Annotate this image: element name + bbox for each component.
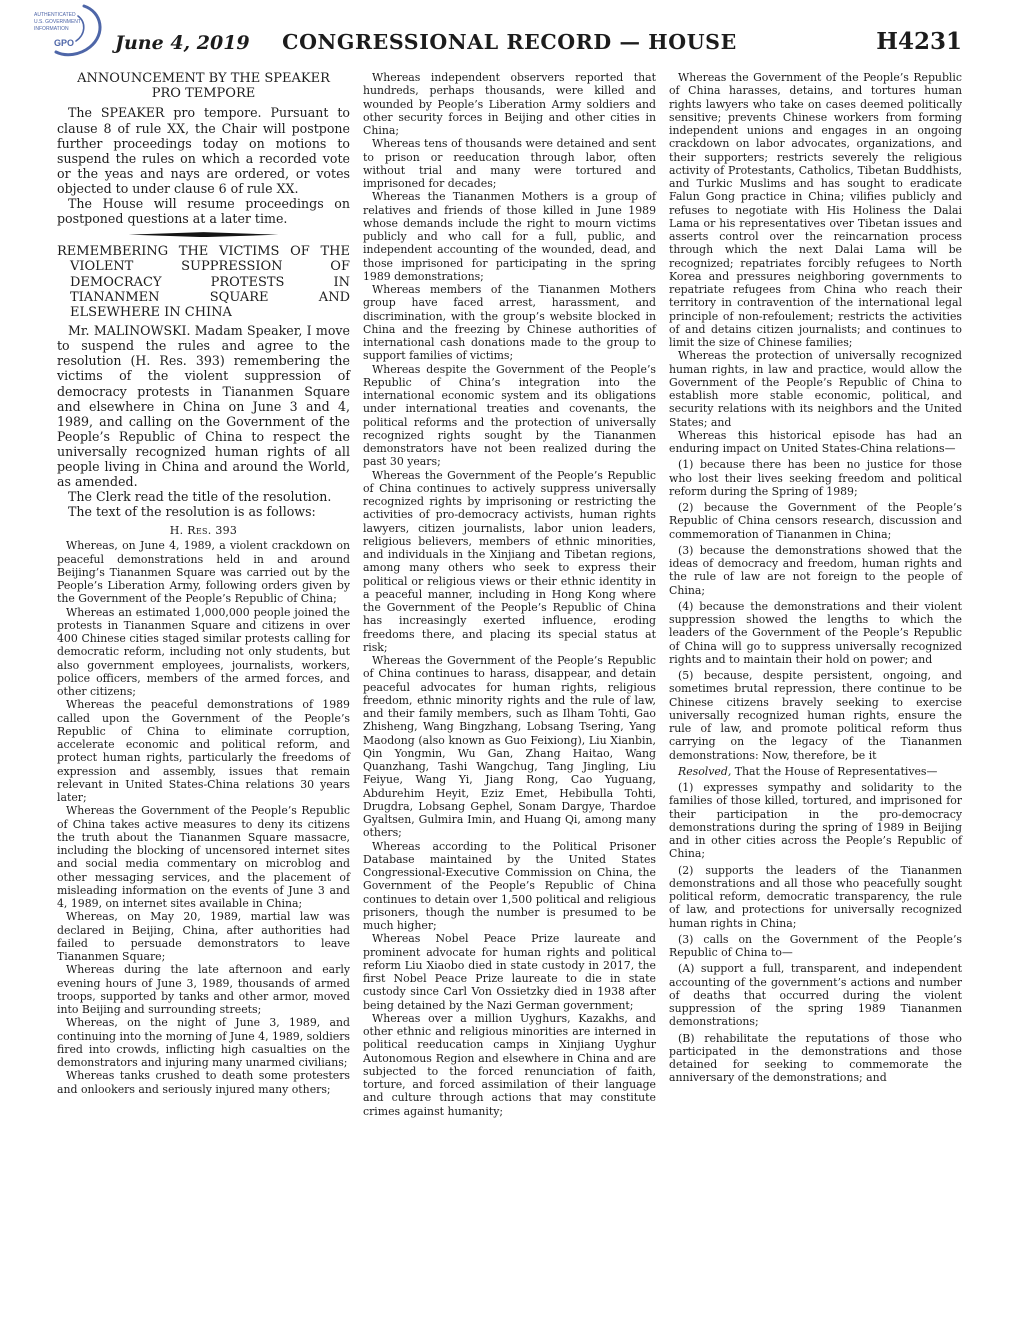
masthead-page-number: H4231 xyxy=(737,28,962,55)
gpo-logo-text-information: INFORMATION xyxy=(34,26,69,32)
resolution-paragraph: Whereas the protection of universally re… xyxy=(669,349,962,429)
resolution-paragraph: Whereas tanks crushed to death some prot… xyxy=(57,1069,350,1096)
resolution-clause: (1) expresses sympathy and solidarity to… xyxy=(669,781,962,861)
resolution-clause: (1) because there has been no justice fo… xyxy=(669,458,962,498)
resolution-paragraph: Whereas members of the Tiananmen Mothers… xyxy=(363,283,656,363)
resolution-paragraph: Whereas the peaceful demonstrations of 1… xyxy=(57,698,350,804)
resolution-paragraph: Whereas the Government of the People’s R… xyxy=(57,804,350,910)
column-2: Whereas independent observers reported t… xyxy=(363,71,656,1118)
body-paragraph: The Clerk read the title of the resoluti… xyxy=(57,489,350,504)
resolution-paragraph: Whereas independent observers reported t… xyxy=(363,71,656,137)
resolution-paragraph: Whereas, on the night of June 3, 1989, a… xyxy=(57,1016,350,1069)
resolution-paragraph: Whereas the Government of the People’s R… xyxy=(669,71,962,349)
congressional-record-page: AUTHENTICATED U.S. GOVERNMENT INFORMATIO… xyxy=(0,0,1020,1320)
article-heading-remembering: REMEMBERING THE VICTIMS OF THE VIOLENT S… xyxy=(57,244,350,320)
masthead-title: CONGRESSIONAL RECORD — HOUSE xyxy=(282,30,737,54)
resolution-clause: (2) because the Government of the People… xyxy=(669,501,962,541)
resolution-clause: (5) because, despite persistent, ongoing… xyxy=(669,669,962,762)
resolution-paragraph: Whereas an estimated 1,000,000 people jo… xyxy=(57,606,350,699)
gpo-logo-text-government: U.S. GOVERNMENT xyxy=(34,19,81,25)
resolution-clause: (3) because the demonstrations showed th… xyxy=(669,544,962,597)
resolution-paragraph: Whereas the Government of the People’s R… xyxy=(363,654,656,840)
resolution-paragraph: Whereas this historical episode has had … xyxy=(669,429,962,456)
gpo-logo-text-gpo: GPO xyxy=(54,38,74,48)
body-paragraph: The House will resume proceedings on pos… xyxy=(57,196,350,226)
resolution-paragraph: Whereas, on May 20, 1989, martial law wa… xyxy=(57,910,350,963)
body-paragraph: The text of the resolution is as follows… xyxy=(57,504,350,519)
resolution-paragraph: Whereas Nobel Peace Prize laureate and p… xyxy=(363,932,656,1012)
three-column-body: ANNOUNCEMENT BY THE SPEAKER PRO TEMPORET… xyxy=(57,71,962,1118)
column-3: Whereas the Government of the People’s R… xyxy=(669,71,962,1118)
resolution-clause: (A) support a full, transparent, and ind… xyxy=(669,962,962,1028)
resolution-resolved-clause: Resolved, That the House of Representati… xyxy=(669,765,962,778)
resolution-paragraph: Whereas over a million Uyghurs, Kazakhs,… xyxy=(363,1012,656,1118)
resolution-paragraph: Whereas, on June 4, 1989, a violent crac… xyxy=(57,539,350,605)
section-separator xyxy=(129,232,279,237)
resolution-paragraph: Whereas tens of thousands were detained … xyxy=(363,137,656,190)
gpo-authentication-logo: AUTHENTICATED U.S. GOVERNMENT INFORMATIO… xyxy=(26,2,114,80)
masthead: June 4, 2019 CONGRESSIONAL RECORD — HOUS… xyxy=(57,28,962,55)
resolution-clause: (3) calls on the Government of the Peopl… xyxy=(669,933,962,960)
resolution-paragraph: Whereas according to the Political Priso… xyxy=(363,840,656,933)
body-paragraph: Mr. MALINOWSKI. Madam Speaker, I move to… xyxy=(57,323,350,489)
column-1: ANNOUNCEMENT BY THE SPEAKER PRO TEMPORET… xyxy=(57,71,350,1118)
resolution-paragraph: Whereas during the late afternoon and ea… xyxy=(57,963,350,1016)
resolution-clause: (4) because the demonstrations and their… xyxy=(669,600,962,666)
body-paragraph: The SPEAKER pro tempore. Pursuant to cla… xyxy=(57,105,350,196)
resolution-clause: (2) supports the leaders of the Tiananme… xyxy=(669,864,962,930)
resolution-paragraph: Whereas despite the Government of the Pe… xyxy=(363,363,656,469)
gpo-logo-text-authenticated: AUTHENTICATED xyxy=(34,12,76,18)
resolution-paragraph: Whereas the Government of the People’s R… xyxy=(363,469,656,655)
resolution-number-heading: H. Res. 393 xyxy=(57,524,350,537)
resolution-clause: (B) rehabilitate the reputations of thos… xyxy=(669,1032,962,1085)
resolution-paragraph: Whereas the Tiananmen Mothers is a group… xyxy=(363,190,656,283)
